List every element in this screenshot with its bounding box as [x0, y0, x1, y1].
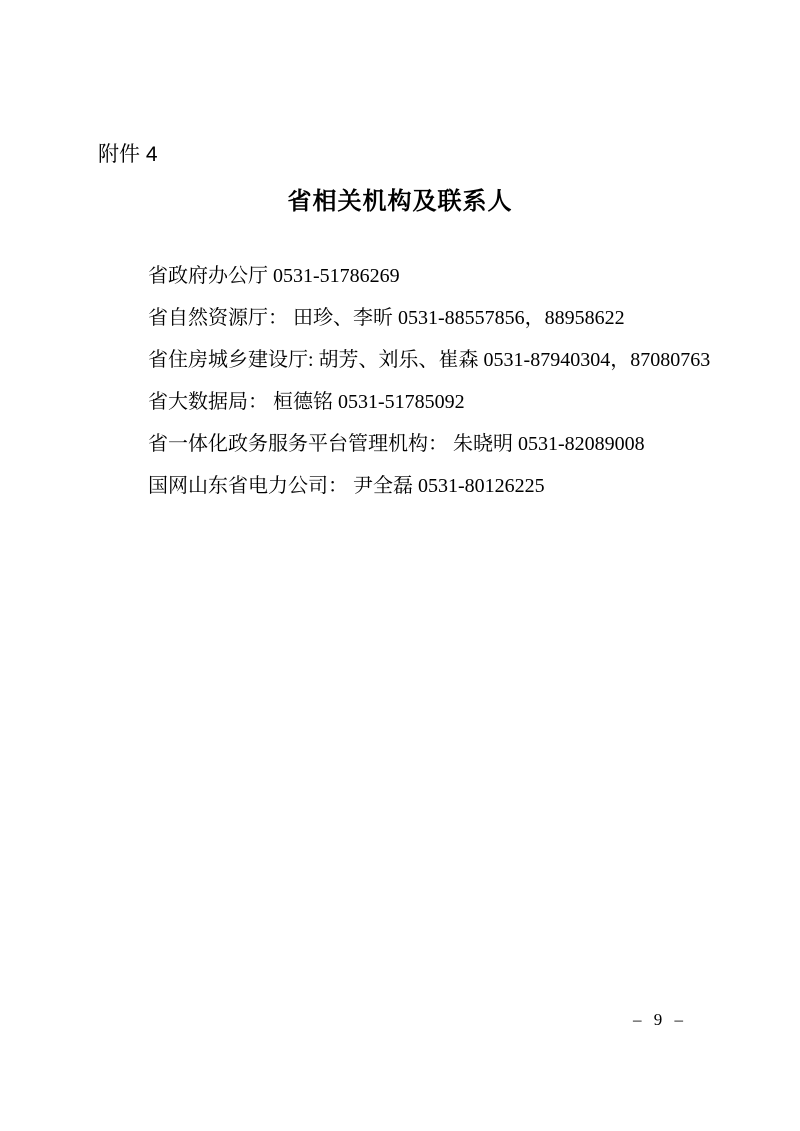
contact-line-state-grid-shandong: 国网山东省电力公司： 尹全磊 0531-80126225 — [148, 465, 768, 507]
page-title: 省相关机构及联系人 — [0, 181, 800, 216]
contact-line-government-service-platform: 省一体化政务服务平台管理机构： 朱晓明 0531-82089008 — [148, 423, 768, 465]
document-page: 附件 4 省相关机构及联系人 省政府办公厅 0531-51786269 省自然资… — [0, 0, 800, 1131]
contact-line-housing-construction-dept: 省住房城乡建设厅: 胡芳、刘乐、崔森 0531-87940304，8708076… — [148, 339, 768, 381]
contact-line-big-data-bureau: 省大数据局： 桓德铭 0531-51785092 — [148, 381, 768, 423]
attachment-label: 附件 4 — [98, 138, 158, 168]
contact-line-natural-resources-dept: 省自然资源厅： 田珍、李昕 0531-88557856，88958622 — [148, 297, 768, 339]
page-number: – 9 – — [633, 1010, 687, 1030]
contact-list: 省政府办公厅 0531-51786269 省自然资源厅： 田珍、李昕 0531-… — [148, 255, 768, 507]
contact-line-provincial-government-office: 省政府办公厅 0531-51786269 — [148, 255, 768, 297]
